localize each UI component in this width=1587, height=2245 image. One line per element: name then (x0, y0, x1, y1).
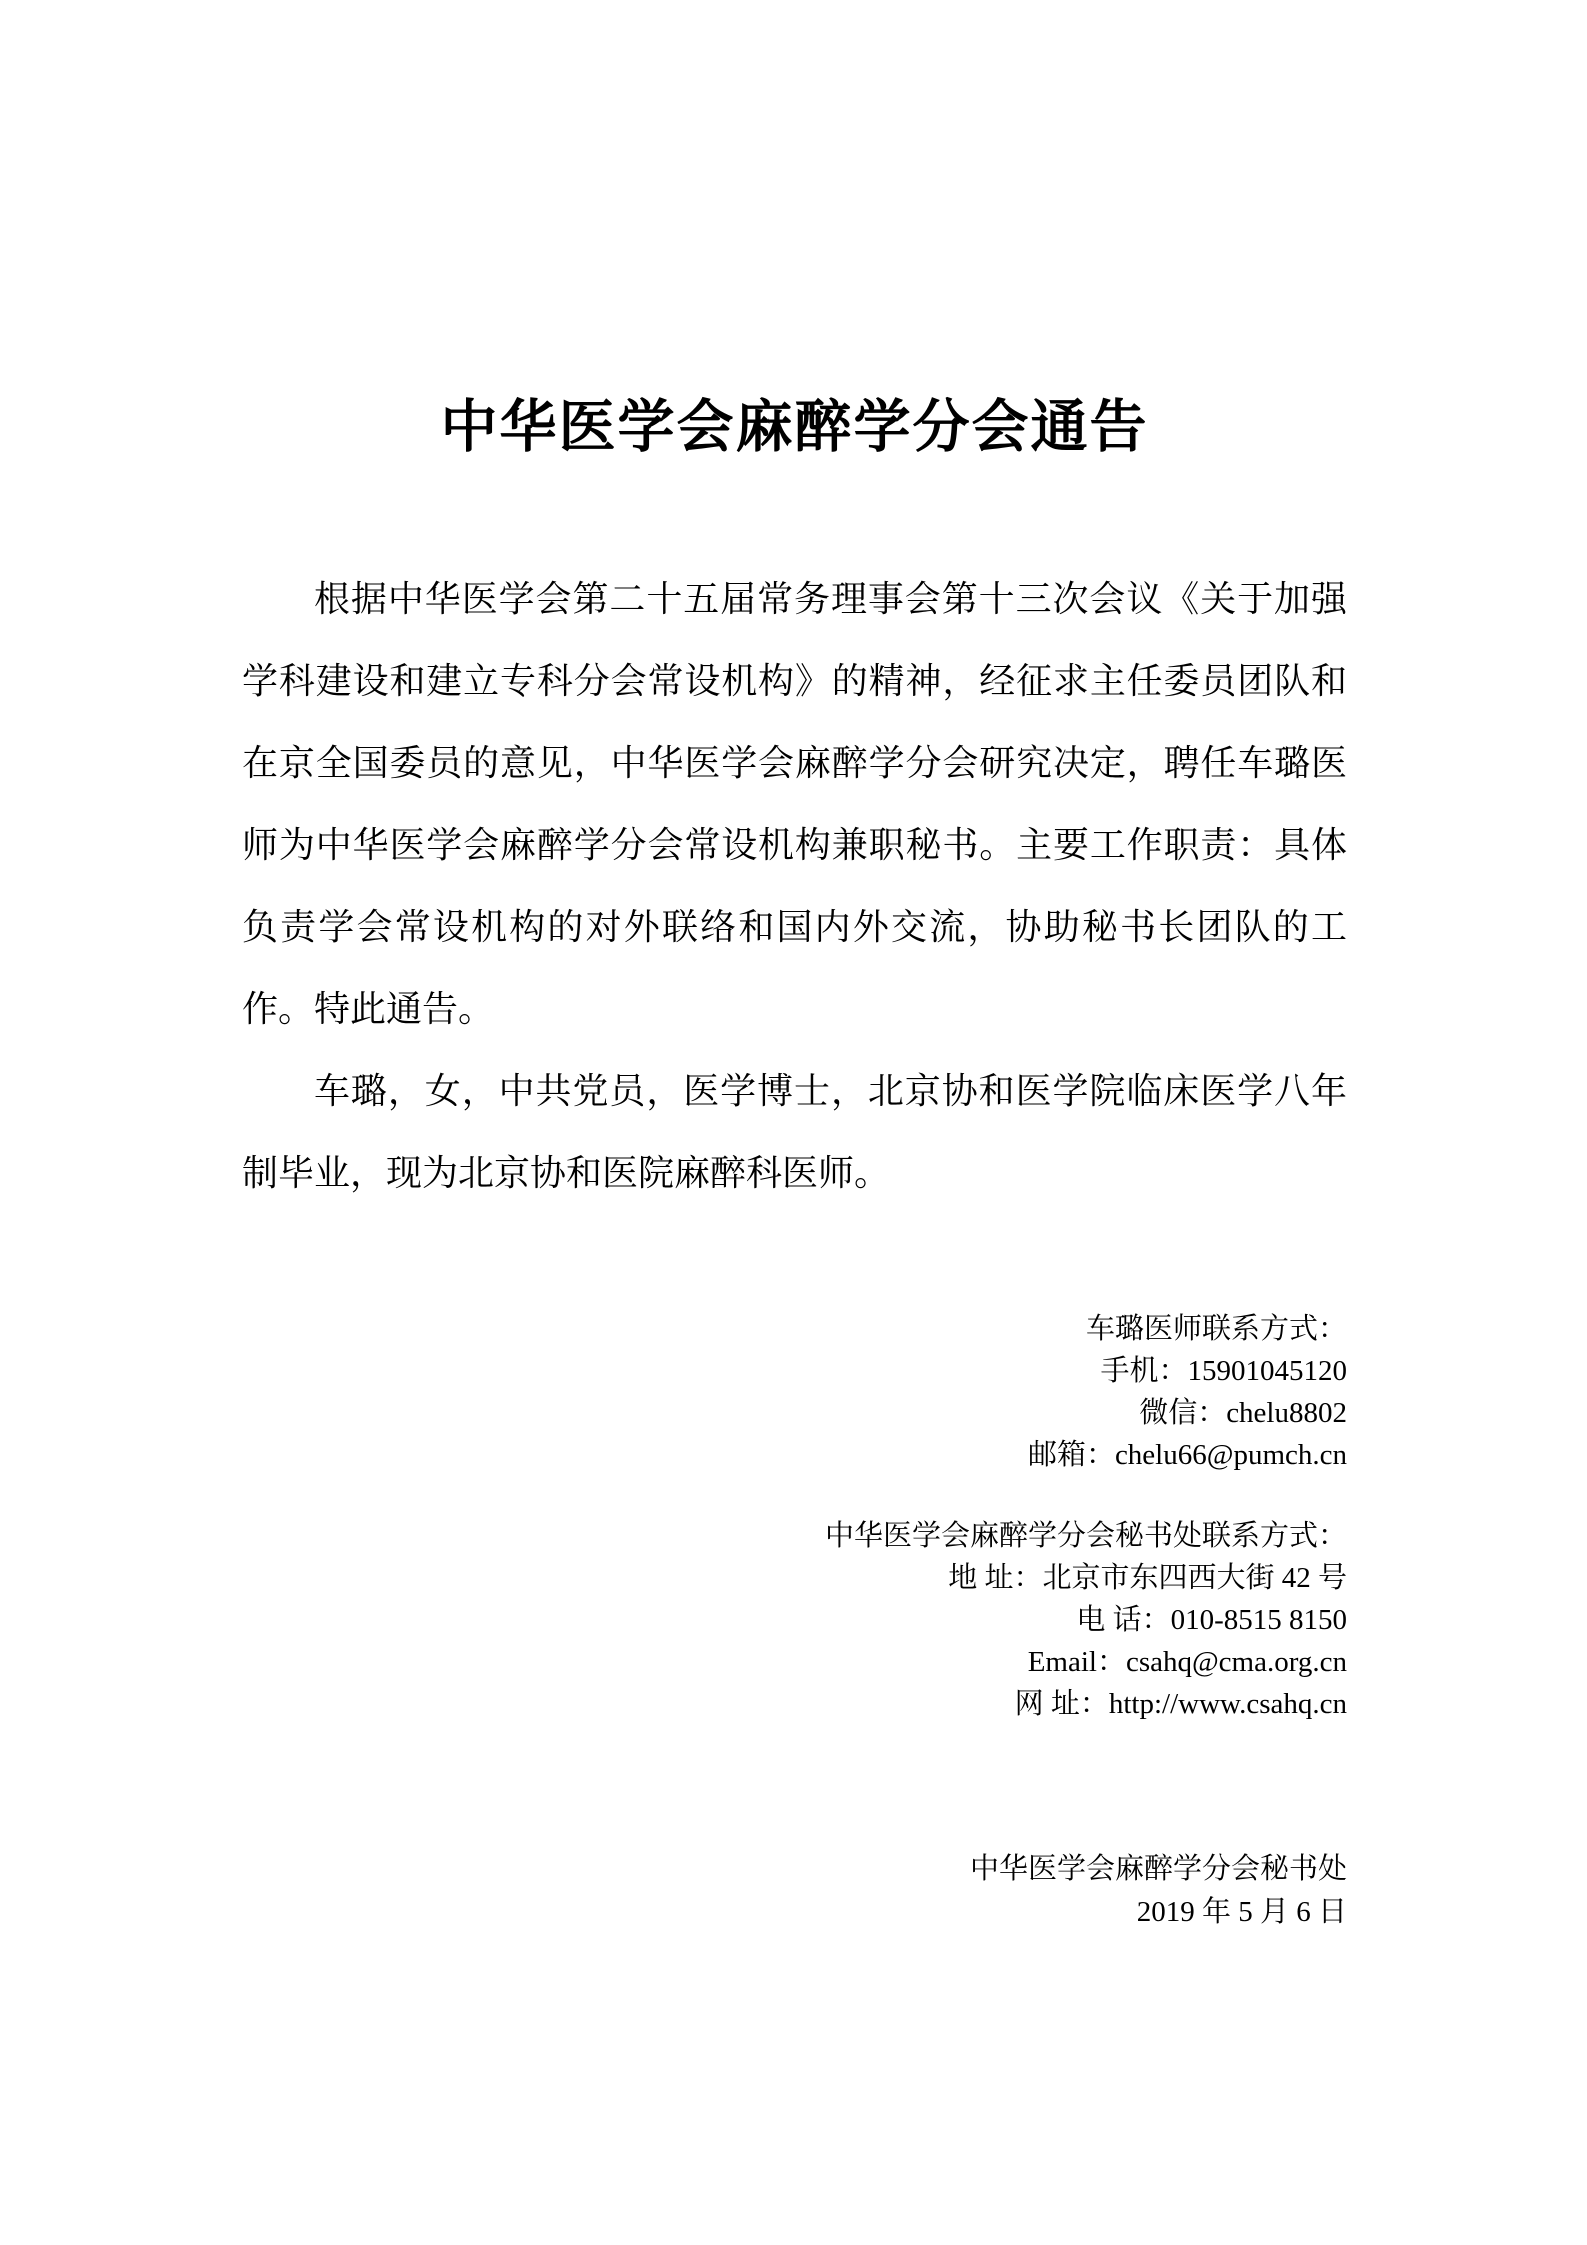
doctor-wechat: 微信：chelu8802 (242, 1392, 1347, 1434)
secretariat-address: 地 址：北京市东四西大街 42 号 (242, 1557, 1347, 1599)
document-page: 中华医学会麻醉学分会通告 根据中华医学会第二十五届常务理事会第十三次会议《关于加… (0, 0, 1587, 2245)
notice-title: 中华医学会麻醉学分会通告 (242, 393, 1347, 463)
body-line: 作。特此通告。 (242, 968, 1347, 1050)
secretariat-phone: 电 话：010-8515 8150 (242, 1599, 1347, 1641)
body-line: 在京全国委员的意见，中华医学会麻醉学分会研究决定，聘任车璐医 (242, 722, 1347, 804)
notice-body: 根据中华医学会第二十五届常务理事会第十三次会议《关于加强 学科建设和建立专科分会… (242, 558, 1347, 1214)
doctor-contact-heading: 车璐医师联系方式： (242, 1308, 1347, 1350)
signature-block: 中华医学会麻醉学分会秘书处 2019 年 5 月 6 日 (242, 1848, 1347, 1934)
doctor-contact-block: 车璐医师联系方式： 手机：15901045120 微信：chelu8802 邮箱… (242, 1308, 1347, 1476)
paragraph-biography: 车璐，女，中共党员，医学博士，北京协和医学院临床医学八年 制毕业，现为北京协和医… (242, 1050, 1347, 1214)
body-line: 负责学会常设机构的对外联络和国内外交流，协助秘书长团队的工 (242, 886, 1347, 968)
body-line: 根据中华医学会第二十五届常务理事会第十三次会议《关于加强 (242, 558, 1347, 640)
secretariat-contact-block: 中华医学会麻醉学分会秘书处联系方式： 地 址：北京市东四西大街 42 号 电 话… (242, 1515, 1347, 1725)
body-line: 学科建设和建立专科分会常设机构》的精神，经征求主任委员团队和 (242, 640, 1347, 722)
secretariat-email: Email：csahq@cma.org.cn (242, 1641, 1347, 1683)
body-line: 师为中华医学会麻醉学分会常设机构兼职秘书。主要工作职责：具体 (242, 804, 1347, 886)
body-line: 制毕业，现为北京协和医院麻醉科医师。 (242, 1132, 1347, 1214)
signature-date: 2019 年 5 月 6 日 (242, 1891, 1347, 1934)
signature-org: 中华医学会麻醉学分会秘书处 (242, 1848, 1347, 1891)
secretariat-website: 网 址：http://www.csahq.cn (242, 1683, 1347, 1725)
body-line: 车璐，女，中共党员，医学博士，北京协和医学院临床医学八年 (242, 1050, 1347, 1132)
secretariat-contact-heading: 中华医学会麻醉学分会秘书处联系方式： (242, 1515, 1347, 1557)
doctor-mobile: 手机：15901045120 (242, 1350, 1347, 1392)
doctor-email: 邮箱：chelu66@pumch.cn (242, 1434, 1347, 1476)
paragraph-appointment: 根据中华医学会第二十五届常务理事会第十三次会议《关于加强 学科建设和建立专科分会… (242, 558, 1347, 1050)
